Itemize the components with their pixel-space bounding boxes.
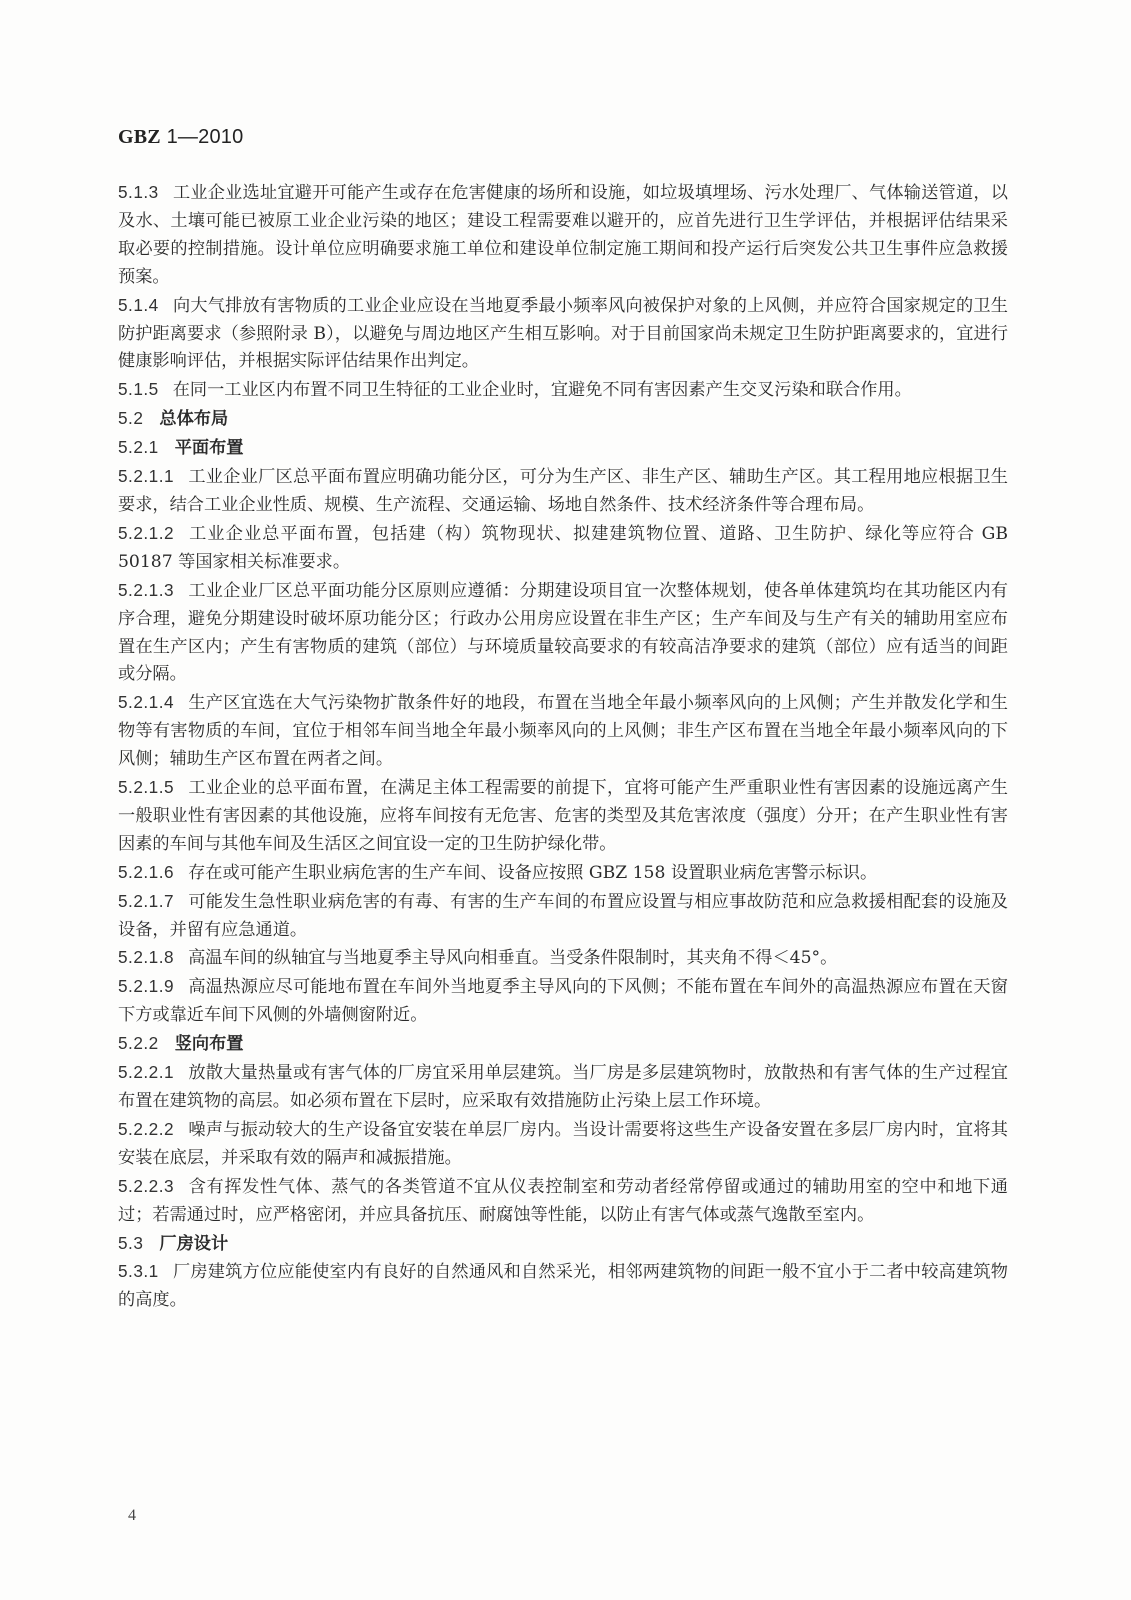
clause-text: 含有挥发性气体、蒸气的各类管道不宜从仪表控制室和劳动者经常停留或通过的辅助用室的…: [118, 1177, 1008, 1225]
clause-number: 5.2.1.1: [118, 466, 174, 486]
clause-5-2-2-2: 5.2.2.2噪声与振动较大的生产设备宜安装在单层厂房内。当设计需要将这些生产设…: [118, 1116, 1008, 1173]
clause-number: 5.2.1.4: [118, 692, 174, 712]
clause-number: 5.2.1.3: [118, 580, 174, 600]
clause-text: 放散大量热量或有害气体的厂房宜采用单层建筑。当厂房是多层建筑物时，放散热和有害气…: [118, 1063, 1008, 1111]
clause-5-2-1-5: 5.2.1.5工业企业的总平面布置，在满足主体工程需要的前提下，宜将可能产生严重…: [118, 774, 1008, 859]
page-number: 4: [128, 1507, 136, 1525]
clause-number: 5.2.1.6: [118, 862, 174, 882]
clause-5-2-1-6: 5.2.1.6存在或可能产生职业病危害的生产车间、设备应按照 GBZ 158 设…: [118, 859, 1008, 888]
section-heading-5-2: 5.2总体布局: [118, 405, 1008, 434]
section-number: 5.3: [118, 1233, 143, 1253]
clause-number: 5.2.2.3: [118, 1176, 174, 1196]
clause-number: 5.2.1.8: [118, 947, 174, 967]
clause-text: 向大气排放有害物质的工业企业应设在当地夏季最小频率风向被保护对象的上风侧，并应符…: [118, 296, 1008, 372]
clause-text: 工业企业厂区总平面功能分区原则应遵循：分期建设项目宜一次整体规划，使各单体建筑均…: [118, 581, 1008, 685]
clause-text: 噪声与振动较大的生产设备宜安装在单层厂房内。当设计需要将这些生产设备安置在多层厂…: [118, 1120, 1008, 1168]
clause-number: 5.1.5: [118, 379, 159, 399]
clause-5-1-3: 5.1.3工业企业选址宜避开可能产生或存在危害健康的场所和设施，如垃圾填埋场、污…: [118, 179, 1008, 292]
clause-5-2-1-4: 5.2.1.4生产区宜选在大气污染物扩散条件好的地段，布置在当地全年最小频率风向…: [118, 689, 1008, 774]
clause-text: 工业企业厂区总平面布置应明确功能分区，可分为生产区、非生产区、辅助生产区。其工程…: [118, 467, 1008, 515]
clause-text: 高温车间的纵轴宜与当地夏季主导风向相垂直。当受条件限制时，其夹角不得＜45°。: [188, 948, 837, 968]
clause-5-1-4: 5.1.4向大气排放有害物质的工业企业应设在当地夏季最小频率风向被保护对象的上风…: [118, 292, 1008, 377]
clause-5-2-2-1: 5.2.2.1放散大量热量或有害气体的厂房宜采用单层建筑。当厂房是多层建筑物时，…: [118, 1059, 1008, 1116]
clause-text: 工业企业的总平面布置，在满足主体工程需要的前提下，宜将可能产生严重职业性有害因素…: [118, 778, 1008, 854]
clause-number: 5.2.1.7: [118, 891, 174, 911]
clause-5-3-1: 5.3.1厂房建筑方位应能使室内有良好的自然通风和自然采光，相邻两建筑物的间距一…: [118, 1258, 1008, 1315]
clause-text: 工业企业选址宜避开可能产生或存在危害健康的场所和设施，如垃圾填埋场、污水处理厂、…: [118, 183, 1008, 287]
clause-text: 可能发生急性职业病危害的有毒、有害的生产车间的布置应设置与相应事故防范和应急救援…: [118, 892, 1008, 940]
clause-number: 5.1.3: [118, 182, 159, 202]
section-heading-5-2-1: 5.2.1平面布置: [118, 434, 1008, 463]
section-heading-5-2-2: 5.2.2竖向布置: [118, 1030, 1008, 1059]
clause-5-2-2-3: 5.2.2.3含有挥发性气体、蒸气的各类管道不宜从仪表控制室和劳动者经常停留或通…: [118, 1173, 1008, 1230]
clause-number: 5.2.2.2: [118, 1119, 174, 1139]
section-title: 总体布局: [159, 409, 228, 429]
document-header: GBZ 1—2010: [118, 126, 243, 149]
clause-5-2-1-3: 5.2.1.3工业企业厂区总平面功能分区原则应遵循：分期建设项目宜一次整体规划，…: [118, 577, 1008, 690]
section-number: 5.2: [118, 408, 143, 428]
clause-number: 5.1.4: [118, 295, 159, 315]
clause-number: 5.2.2.1: [118, 1062, 174, 1082]
section-heading-5-3: 5.3厂房设计: [118, 1230, 1008, 1259]
clause-5-2-1-2: 5.2.1.2工业企业总平面布置，包括建（构）筑物现状、拟建建筑物位置、道路、卫…: [118, 520, 1008, 577]
section-number: 5.2.1: [118, 437, 159, 457]
section-title: 厂房设计: [159, 1234, 228, 1254]
standard-code: GBZ: [118, 126, 161, 148]
clause-text: 厂房建筑方位应能使室内有良好的自然通风和自然采光，相邻两建筑物的间距一般不宜小于…: [118, 1262, 1008, 1310]
clause-text: 生产区宜选在大气污染物扩散条件好的地段，布置在当地全年最小频率风向的上风侧；产生…: [118, 693, 1008, 769]
clause-text: 在同一工业区内布置不同卫生特征的工业企业时，宜避免不同有害因素产生交叉污染和联合…: [173, 380, 912, 400]
clause-text: 高温热源应尽可能地布置在车间外当地夏季主导风向的下风侧；不能布置在车间外的高温热…: [118, 977, 1008, 1025]
clause-number: 5.2.1.9: [118, 976, 174, 996]
section-title: 竖向布置: [175, 1034, 244, 1054]
clause-5-2-1-1: 5.2.1.1工业企业厂区总平面布置应明确功能分区，可分为生产区、非生产区、辅助…: [118, 463, 1008, 520]
clause-number: 5.3.1: [118, 1261, 159, 1281]
clause-text: 存在或可能产生职业病危害的生产车间、设备应按照 GBZ 158 设置职业病危害警…: [188, 863, 877, 883]
clause-5-2-1-9: 5.2.1.9高温热源应尽可能地布置在车间外当地夏季主导风向的下风侧；不能布置在…: [118, 973, 1008, 1030]
clause-number: 5.2.1.5: [118, 777, 174, 797]
clause-number: 5.2.1.2: [118, 523, 174, 543]
clause-5-1-5: 5.1.5在同一工业区内布置不同卫生特征的工业企业时，宜避免不同有害因素产生交叉…: [118, 376, 1008, 405]
document-body: 5.1.3工业企业选址宜避开可能产生或存在危害健康的场所和设施，如垃圾填埋场、污…: [118, 179, 1008, 1315]
section-title: 平面布置: [175, 438, 244, 458]
clause-5-2-1-8: 5.2.1.8高温车间的纵轴宜与当地夏季主导风向相垂直。当受条件限制时，其夹角不…: [118, 944, 1008, 973]
clause-5-2-1-7: 5.2.1.7可能发生急性职业病危害的有毒、有害的生产车间的布置应设置与相应事故…: [118, 888, 1008, 945]
standard-number: 1—2010: [167, 126, 244, 148]
clause-text: 工业企业总平面布置，包括建（构）筑物现状、拟建建筑物位置、道路、卫生防护、绿化等…: [118, 524, 1008, 572]
section-number: 5.2.2: [118, 1033, 159, 1053]
